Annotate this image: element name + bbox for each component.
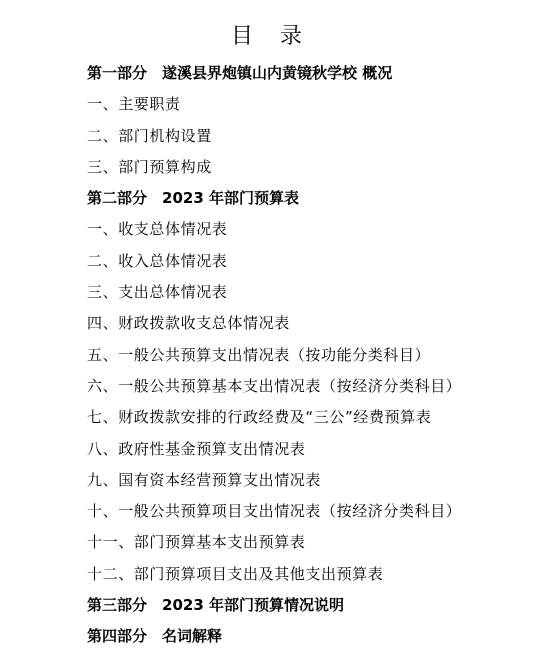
toc-part-4[interactable]: 第四部分名词解释	[87, 621, 527, 651]
toc-item-budget-composition[interactable]: 三、部门预算构成	[87, 152, 527, 183]
part-title: 名词解释	[162, 627, 222, 645]
toc-item-main-duties[interactable]: 一、主要职责	[87, 89, 527, 120]
toc-part-3[interactable]: 第三部分2023 年部门预算情况说明	[87, 590, 527, 621]
part-label: 第三部分	[87, 590, 147, 621]
toc-page: 目 录 第一部分遂溪县界炮镇山内黄镜秋学校 概况 一、主要职责 二、部门机构设置…	[0, 0, 537, 651]
part-title: 2023 年部门预算表	[162, 189, 299, 207]
toc-part-2[interactable]: 第二部分2023 年部门预算表	[87, 183, 527, 214]
toc-item-table-8[interactable]: 八、政府性基金预算支出情况表	[87, 434, 527, 465]
toc-item-table-2[interactable]: 二、收入总体情况表	[87, 246, 527, 277]
part-label: 第二部分	[87, 183, 147, 214]
toc-item-table-3[interactable]: 三、支出总体情况表	[87, 277, 527, 308]
part-title: 遂溪县界炮镇山内黄镜秋学校 概况	[162, 64, 392, 82]
toc-title: 目 录	[0, 22, 537, 52]
toc-item-table-10[interactable]: 十、一般公共预算项目支出情况表（按经济分类科目）	[87, 496, 527, 527]
toc-item-table-4[interactable]: 四、财政拨款收支总体情况表	[87, 308, 527, 339]
toc-item-table-1[interactable]: 一、收支总体情况表	[87, 214, 527, 245]
toc-list: 第一部分遂溪县界炮镇山内黄镜秋学校 概况 一、主要职责 二、部门机构设置 三、部…	[87, 58, 527, 651]
toc-item-table-6[interactable]: 六、一般公共预算基本支出情况表（按经济分类科目）	[87, 371, 527, 402]
part-title: 2023 年部门预算情况说明	[162, 596, 344, 614]
toc-item-table-5[interactable]: 五、一般公共预算支出情况表（按功能分类科目）	[87, 340, 527, 371]
toc-item-table-11[interactable]: 十一、部门预算基本支出预算表	[87, 527, 527, 558]
part-label: 第一部分	[87, 58, 147, 89]
toc-item-table-12[interactable]: 十二、部门预算项目支出及其他支出预算表	[87, 559, 527, 590]
toc-part-1[interactable]: 第一部分遂溪县界炮镇山内黄镜秋学校 概况	[87, 58, 527, 89]
toc-item-table-9[interactable]: 九、国有资本经营预算支出情况表	[87, 465, 527, 496]
toc-item-org-structure[interactable]: 二、部门机构设置	[87, 121, 527, 152]
part-label: 第四部分	[87, 621, 147, 651]
toc-item-table-7[interactable]: 七、财政拨款安排的行政经费及“三公”经费预算表	[87, 402, 527, 433]
